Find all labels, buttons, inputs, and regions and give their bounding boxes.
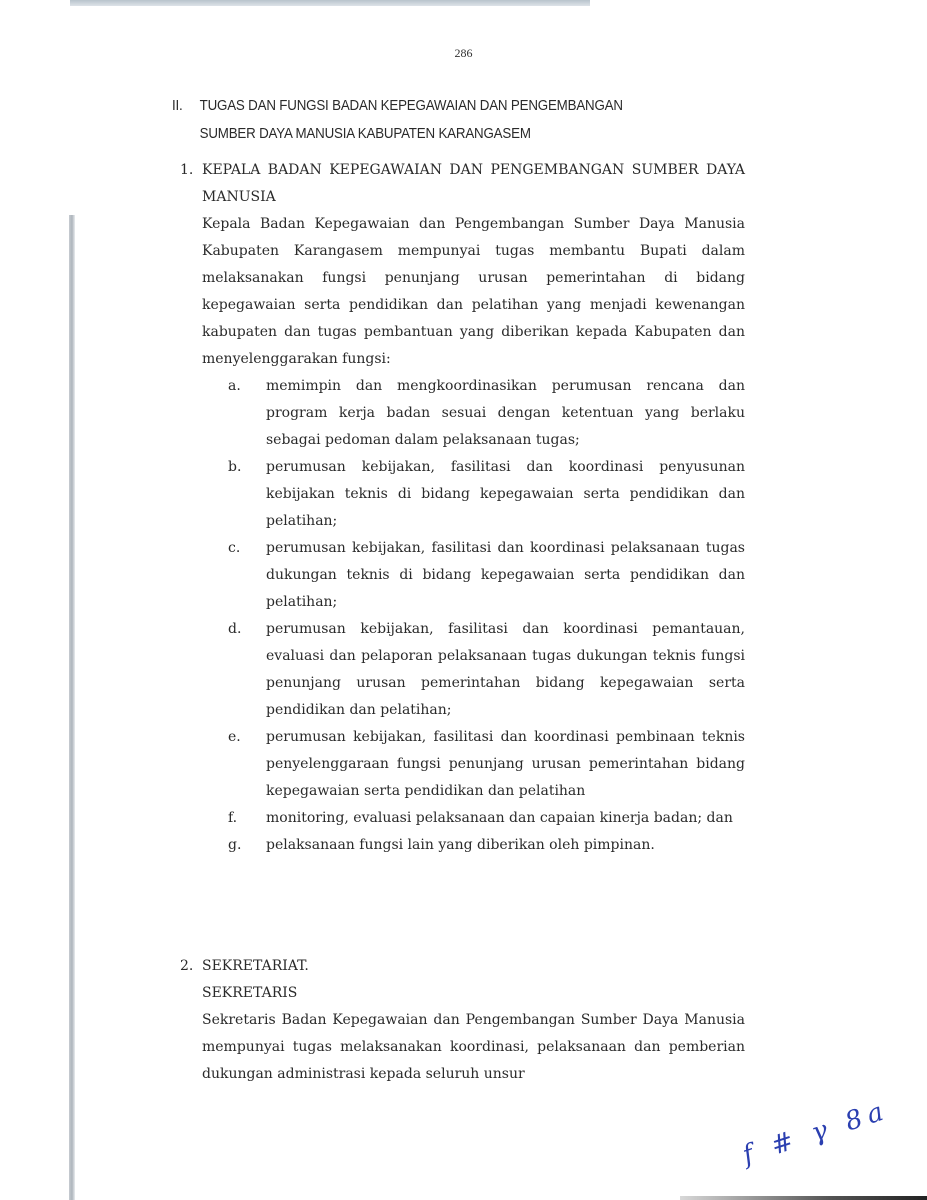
list-item-text: perumusan kebijakan, fasilitasi dan koor… bbox=[266, 454, 745, 535]
page-number: 286 bbox=[0, 46, 927, 61]
section-body: Sekretaris Badan Kepegawaian dan Pengemb… bbox=[180, 1007, 745, 1088]
list-marker: c. bbox=[228, 535, 266, 616]
scan-edge-top bbox=[70, 0, 590, 6]
handwritten-initials: f # γ 8a bbox=[739, 1095, 893, 1170]
list-item-text: perumusan kebijakan, fasilitasi dan koor… bbox=[266, 616, 745, 724]
scan-edge-left bbox=[69, 215, 75, 1200]
section-number: 1. bbox=[180, 157, 202, 211]
section-title: KEPALA BADAN KEPEGAWAIAN DAN PENGEMBANGA… bbox=[202, 157, 745, 211]
list-item: a.memimpin dan mengkoordinasikan perumus… bbox=[228, 373, 745, 454]
list-marker: g. bbox=[228, 832, 266, 859]
chapter-number: II. bbox=[172, 92, 200, 120]
list-item: b.perumusan kebijakan, fasilitasi dan ko… bbox=[228, 454, 745, 535]
chapter-title-line1: TUGAS DAN FUNGSI BADAN KEPEGAWAIAN DAN P… bbox=[200, 98, 623, 114]
list-item-text: perumusan kebijakan, fasilitasi dan koor… bbox=[266, 535, 745, 616]
function-list: a.memimpin dan mengkoordinasikan perumus… bbox=[180, 373, 745, 859]
list-item: f.monitoring, evaluasi pelaksanaan dan c… bbox=[228, 805, 745, 832]
list-item-text: perumusan kebijakan, fasilitasi dan koor… bbox=[266, 724, 745, 805]
section-body: Kepala Badan Kepegawaian dan Pengembanga… bbox=[180, 211, 745, 373]
list-item: g.pelaksanaan fungsi lain yang diberikan… bbox=[228, 832, 745, 859]
list-item-text: memimpin dan mengkoordinasikan perumusan… bbox=[266, 373, 745, 454]
list-marker: f. bbox=[228, 805, 266, 832]
scan-edge-bottom bbox=[680, 1196, 927, 1200]
section-sekretariat: 2. SEKRETARIAT. SEKRETARIS Sekretaris Ba… bbox=[180, 953, 745, 1088]
list-marker: e. bbox=[228, 724, 266, 805]
list-item-text: monitoring, evaluasi pelaksanaan dan cap… bbox=[266, 805, 745, 832]
section-number: 2. bbox=[180, 953, 202, 980]
list-marker: a. bbox=[228, 373, 266, 454]
list-item: e.perumusan kebijakan, fasilitasi dan ko… bbox=[228, 724, 745, 805]
list-item: c.perumusan kebijakan, fasilitasi dan ko… bbox=[228, 535, 745, 616]
list-item-text: pelaksanaan fungsi lain yang diberikan o… bbox=[266, 832, 745, 859]
section-title: SEKRETARIAT. bbox=[202, 953, 309, 980]
list-marker: d. bbox=[228, 616, 266, 724]
subsection-title: SEKRETARIS bbox=[180, 980, 745, 1007]
list-item: d.perumusan kebijakan, fasilitasi dan ko… bbox=[228, 616, 745, 724]
list-marker: b. bbox=[228, 454, 266, 535]
chapter-heading: II.TUGAS DAN FUNGSI BADAN KEPEGAWAIAN DA… bbox=[172, 92, 706, 148]
section-kepala: 1. KEPALA BADAN KEPEGAWAIAN DAN PENGEMBA… bbox=[180, 157, 745, 859]
chapter-title-line2: SUMBER DAYA MANUSIA KABUPATEN KARANGASEM bbox=[172, 120, 706, 148]
